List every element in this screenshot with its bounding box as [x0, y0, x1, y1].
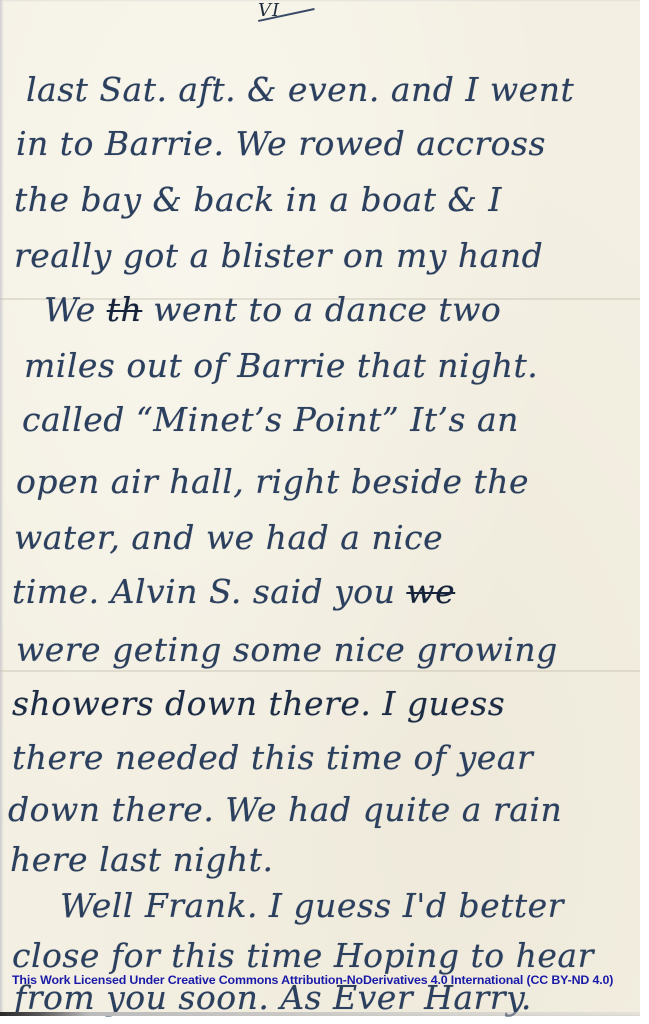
letter-line-16: Well Frank. I guess I'd better — [60, 886, 564, 925]
letter-line-3: the bay & back in a boat & I — [14, 180, 502, 219]
letter-page: VI last Sat. aft. & even. and I went in … — [0, 0, 640, 1016]
letter-line-11: were geting some nice growing — [16, 630, 558, 669]
letter-line-7: called “Minet’s Point” It’s an — [22, 400, 519, 439]
paper-fold-line — [0, 670, 640, 672]
letter-line-1: last Sat. aft. & even. and I went — [26, 70, 574, 109]
letter-line-15: here last night. — [10, 840, 273, 879]
letter-text: time. Alvin S. said you — [12, 572, 406, 611]
letter-line-5: We th went to a dance two — [44, 290, 501, 329]
license-watermark: This Work Licensed Under Creative Common… — [12, 973, 613, 987]
letter-line-6: miles out of Barrie that night. — [24, 346, 538, 385]
letter-line-8: open air hall, right beside the — [16, 462, 529, 501]
letter-line-12: showers down there. I guess — [12, 684, 505, 723]
letter-line-14: down there. We had quite a rain — [8, 790, 562, 829]
letter-line-9: water, and we had a nice — [14, 518, 443, 557]
letter-line-17: close for this time Hoping to hear — [12, 936, 594, 975]
letter-line-13: there needed this time of year — [12, 738, 533, 777]
struck-out-text: we — [406, 572, 455, 611]
letter-text: went to a dance two — [142, 290, 501, 329]
letter-line-10: time. Alvin S. said you we — [12, 572, 455, 611]
letter-text: We — [44, 290, 107, 329]
struck-out-text: th — [107, 290, 143, 329]
letter-line-2: in to Barrie. We rowed accross — [16, 124, 546, 163]
letter-line-4: really got a blister on my hand — [14, 236, 543, 275]
